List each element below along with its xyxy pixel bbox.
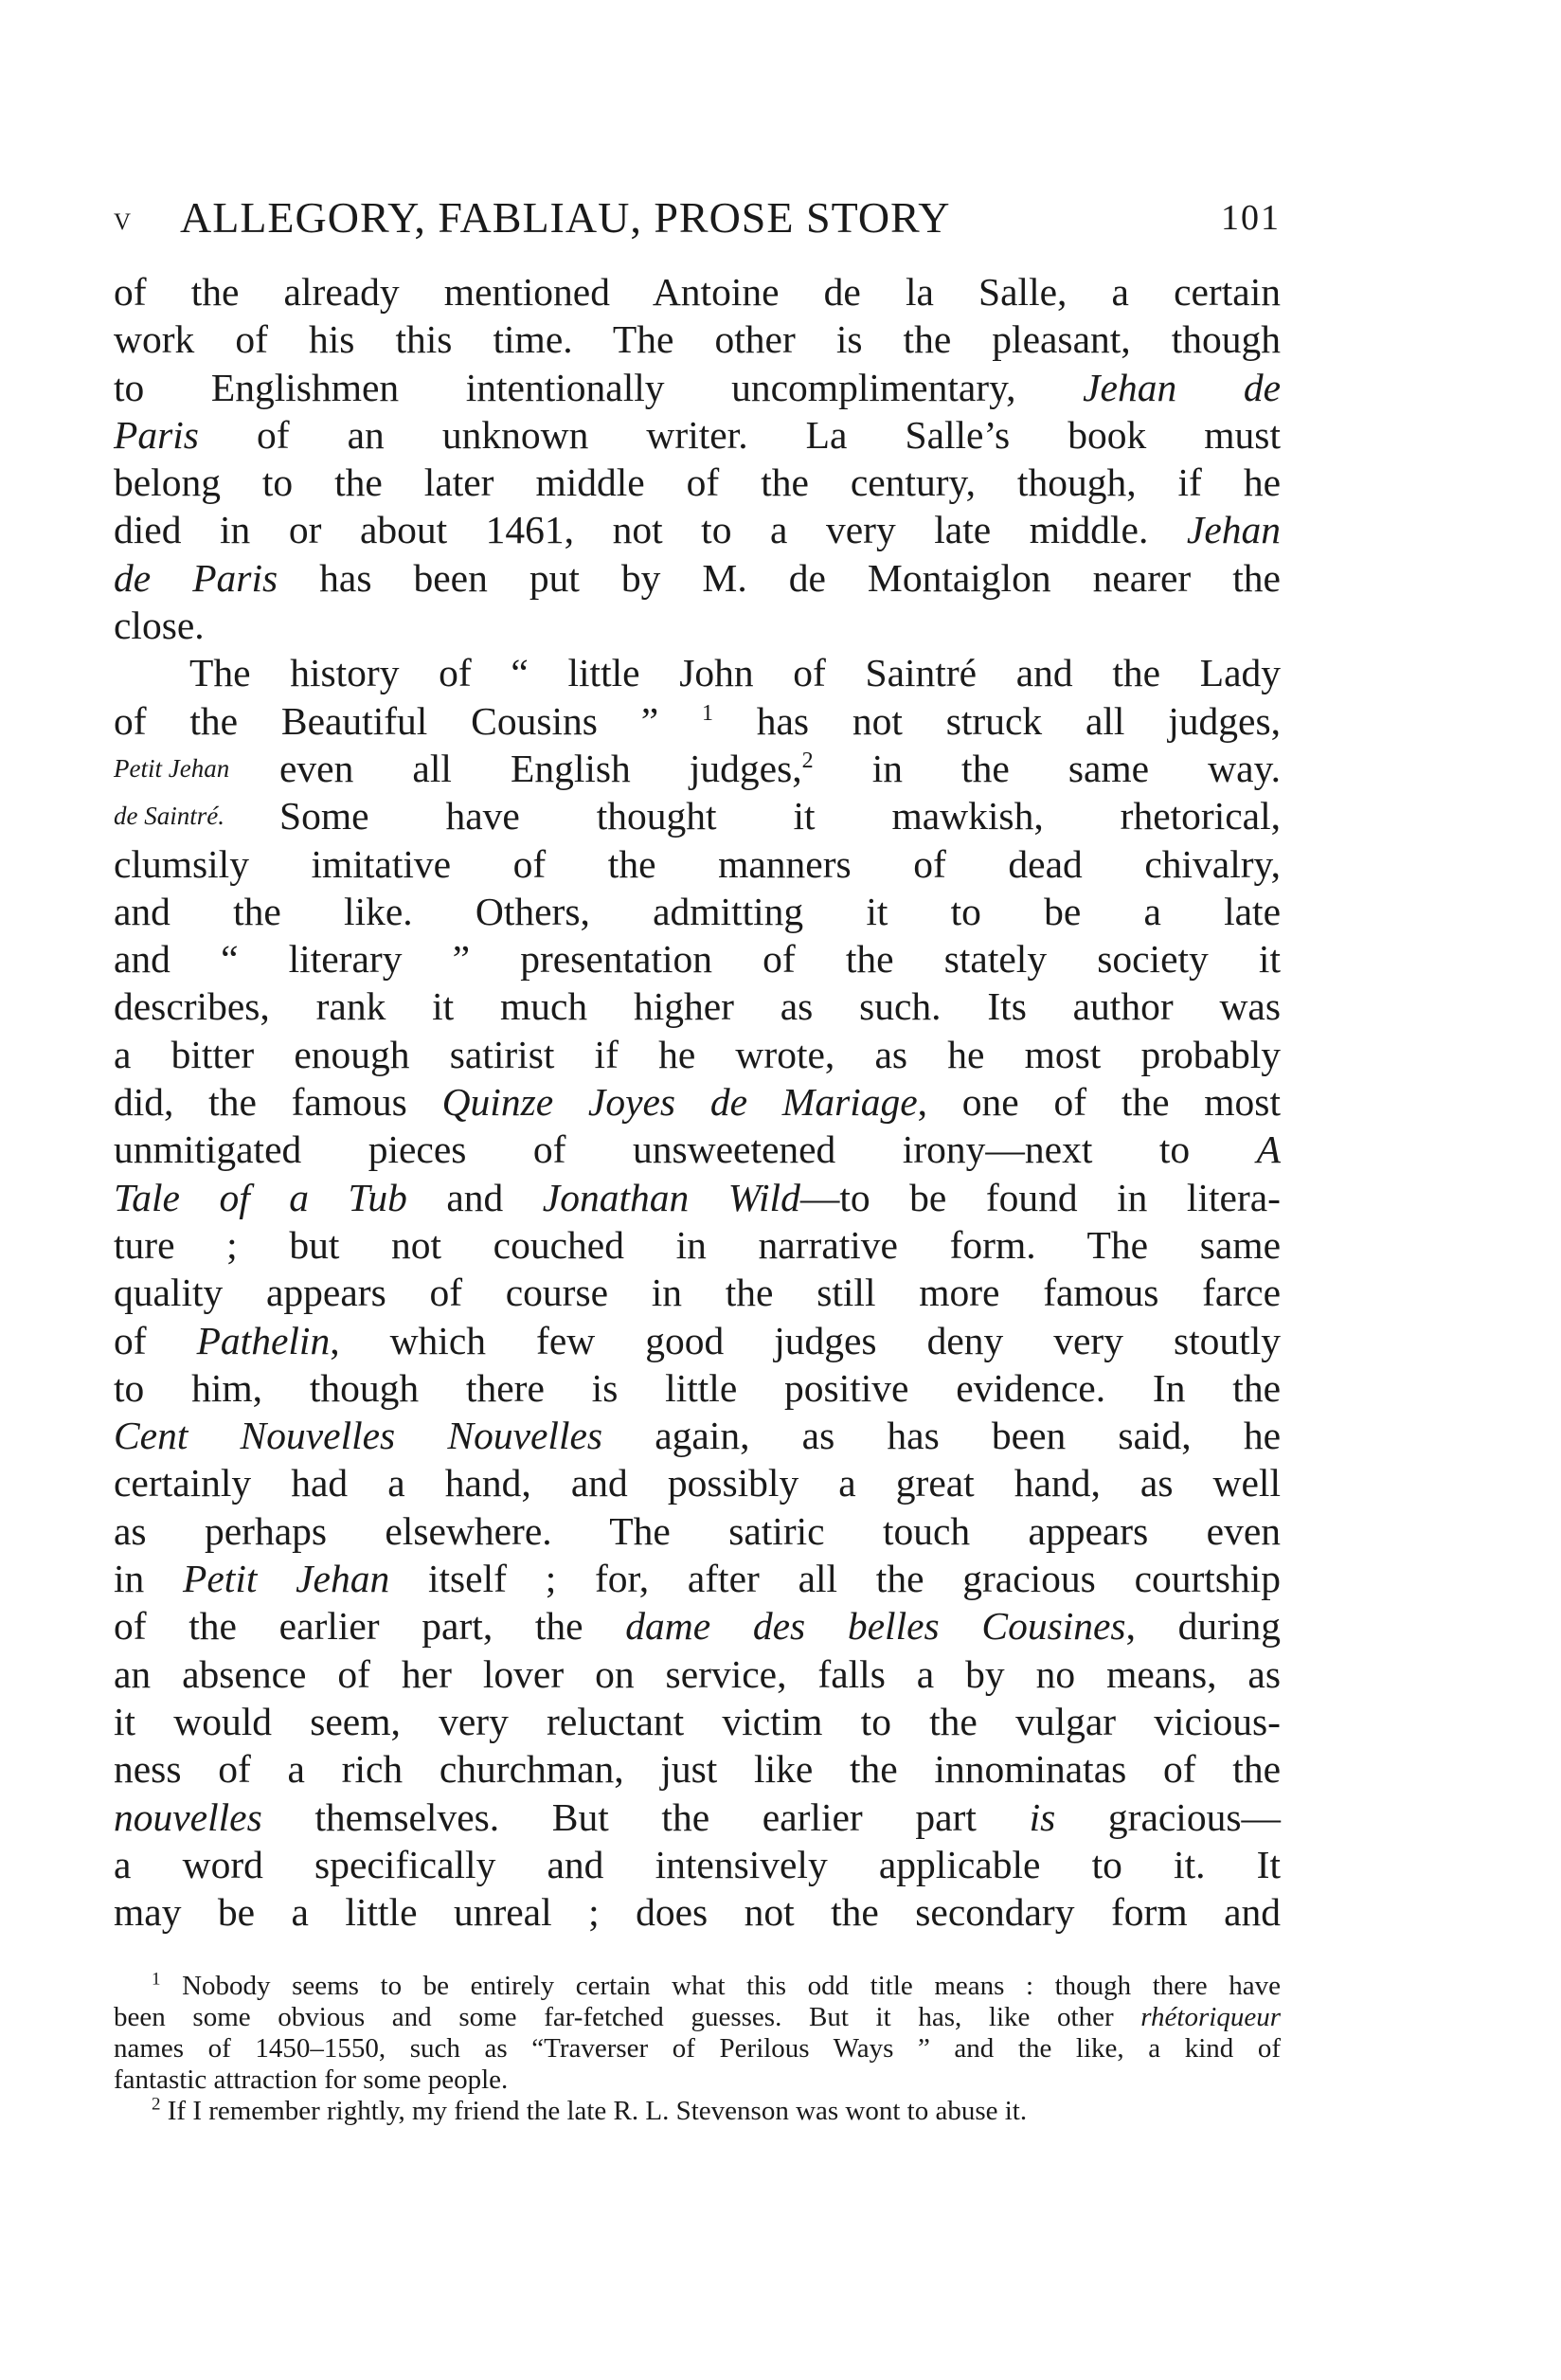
text-line: close.	[114, 602, 1281, 649]
footnote-ref: 1	[702, 701, 713, 726]
text-line: belong to the later middle of the centur…	[114, 459, 1281, 506]
text-line: may be a little unreal ; does not the se…	[114, 1888, 1281, 1936]
text-line: Paris of an unknown writer. La Salle’s b…	[114, 411, 1281, 459]
text-line: Cent Nouvelles Nouvelles again, as has b…	[114, 1412, 1281, 1459]
text-line: quality appears of course in the still m…	[114, 1269, 1281, 1316]
page-number: 101	[1221, 189, 1281, 246]
text-line: de Paris has been put by M. de Montaiglo…	[114, 554, 1281, 602]
text-line: of Pathelin, which few good judges deny …	[114, 1317, 1281, 1364]
text-line: unmitigated pieces of unsweetened irony—…	[114, 1126, 1281, 1173]
footnote-marker: 1	[152, 1969, 161, 1989]
text-line: to Englishmen intentionally uncompliment…	[114, 364, 1281, 411]
text-line: describes, rank it much higher as such. …	[114, 983, 1281, 1030]
text-line: to him, though there is little positive …	[114, 1364, 1281, 1412]
italic-title: Tale of a Tub	[114, 1176, 407, 1219]
text-line: certainly had a hand, and possibly a gre…	[114, 1459, 1281, 1506]
text-line: nouvelles themselves. But the earlier pa…	[114, 1794, 1281, 1841]
italic-title: Petit Jehan	[183, 1557, 389, 1600]
italic-title: Quinze Joyes de Mariage	[442, 1080, 918, 1124]
text-line: a word specifically and intensively appl…	[114, 1841, 1281, 1888]
text-line: clumsily imitative of the manners of dea…	[114, 840, 1281, 888]
text-line: a bitter enough satirist if he wrote, as…	[114, 1031, 1281, 1078]
footnote-line: names of 1450–1550, such as “Traverser o…	[114, 2033, 1281, 2064]
text-line: in Petit Jehan itself ; for, after all t…	[114, 1555, 1281, 1602]
text-line: it would seem, very reluctant victim to …	[114, 1698, 1281, 1745]
footnote-line: fantastic attraction for some people.	[114, 2064, 1281, 2096]
margin-note: Petit Jehan	[114, 745, 229, 792]
footnote-line: been some obvious and some far-fetched g…	[114, 2002, 1281, 2033]
book-page: v ALLEGORY, FABLIAU, PROSE STORY 101 of …	[0, 0, 1561, 2380]
footnotes: 1 Nobody seems to be entirely certain wh…	[114, 1971, 1281, 2127]
footnote-line: 1 Nobody seems to be entirely certain wh…	[114, 1971, 1281, 2002]
footnote-ref: 2	[802, 748, 814, 773]
italic-title: Jehan	[1187, 508, 1281, 551]
italic-title: Pathelin	[197, 1319, 331, 1362]
text-line: did, the famous Quinze Joyes de Mariage,…	[114, 1078, 1281, 1126]
italic-title: is	[1030, 1795, 1056, 1839]
text-line: of the Beautiful Cousins ” 1 has not str…	[114, 697, 1281, 745]
text-line: Tale of a Tub and Jonathan Wild—to be fo…	[114, 1174, 1281, 1221]
footnote-line: 2 If I remember rightly, my friend the l…	[114, 2096, 1281, 2127]
italic-title: nouvelles	[114, 1795, 262, 1839]
italic-title: Jehan de	[1083, 366, 1281, 409]
chapter-number: v	[114, 189, 131, 246]
text-line: as perhaps elsewhere. The satiric touch …	[114, 1507, 1281, 1555]
italic-title: Jonathan Wild	[543, 1176, 800, 1219]
running-title: ALLEGORY, FABLIAU, PROSE STORY	[180, 189, 950, 246]
text-line: an absence of her lover on service, fall…	[114, 1650, 1281, 1698]
body-text: of the already mentioned Antoine de la S…	[114, 268, 1281, 1936]
italic-title: dame des belles Cousines	[625, 1604, 1125, 1648]
text-line: ture ; but not couched in narrative form…	[114, 1221, 1281, 1269]
text-line: and the like. Others, admitting it to be…	[114, 888, 1281, 935]
footnote-marker: 2	[152, 2094, 161, 2114]
italic-title: de Paris	[114, 556, 278, 600]
text-line: and “ literary ” presentation of the sta…	[114, 935, 1281, 983]
text-line: of the earlier part, the dame des belles…	[114, 1602, 1281, 1650]
text-line: The history of “ little John of Saintré …	[114, 649, 1281, 696]
text-line: work of his this time. The other is the …	[114, 316, 1281, 363]
text-line: of the already mentioned Antoine de la S…	[114, 268, 1281, 316]
italic-title: Paris	[114, 413, 199, 457]
text-line: de Saintré.Some have thought it mawkish,…	[114, 792, 1281, 839]
italic-title: A	[1257, 1127, 1281, 1171]
italic-title: Cent Nouvelles Nouvelles	[114, 1414, 602, 1457]
running-header: v ALLEGORY, FABLIAU, PROSE STORY 101	[114, 189, 1281, 246]
text-line: died in or about 1461, not to a very lat…	[114, 506, 1281, 553]
italic-title: rhétoriqueur	[1140, 2002, 1281, 2032]
text-line: Petit Jehaneven all English judges,2 in …	[114, 745, 1281, 792]
text-line: ness of a rich churchman, just like the …	[114, 1745, 1281, 1793]
margin-note: de Saintré.	[114, 792, 224, 839]
